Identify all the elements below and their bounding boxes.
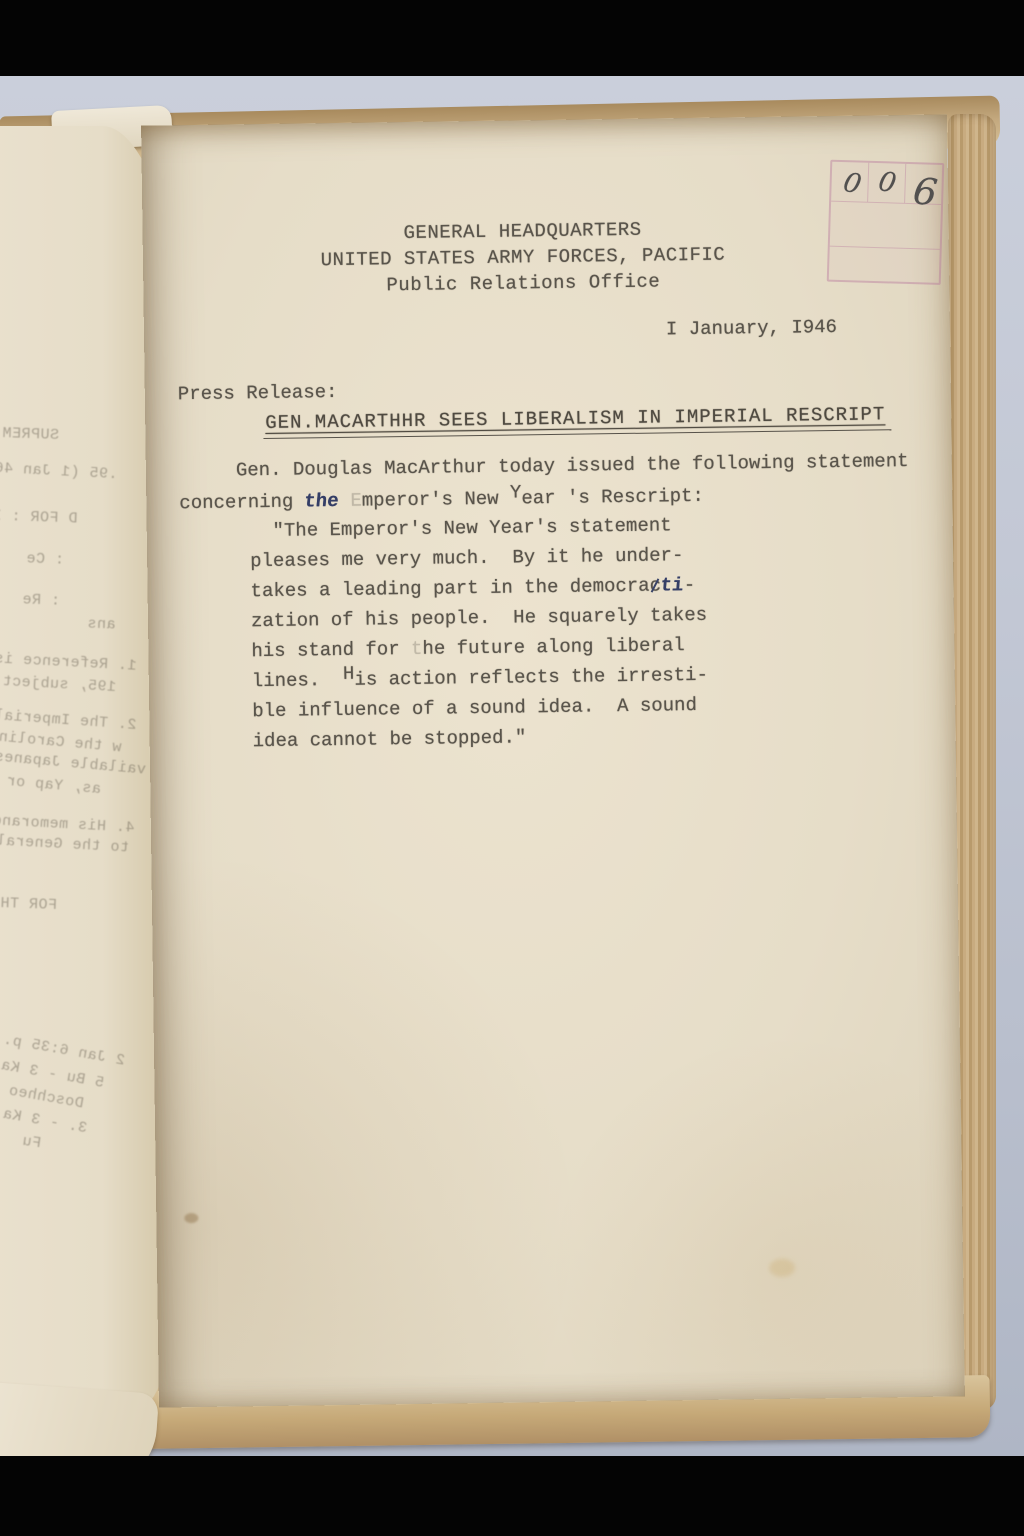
typed-text: zation of his people. He squarely takes — [251, 604, 707, 632]
handwritten-digit: 0 — [840, 167, 864, 201]
typed-text: pleases me very much. By it he under- — [250, 544, 684, 572]
typed-text: E — [350, 490, 362, 512]
typed-text: takes a leading part in the democra — [250, 575, 649, 603]
typed-text: t — [400, 638, 423, 660]
ghost-text-fragment: ans — [87, 616, 116, 634]
ghost-text-fragment: D FOR : I — [0, 508, 78, 528]
ghost-text-fragment: FOR TH — [0, 895, 57, 914]
press-release-page: 0 0 6 GENERAL HEADQUARTERS UNITED STATES… — [141, 114, 965, 1407]
stamp-cell: 0 — [868, 163, 906, 204]
paper-stain — [184, 1213, 198, 1223]
handwritten-correction: the — [303, 485, 340, 518]
ghost-text-fragment: 1. Reference is — [0, 650, 137, 674]
handwritten-correction: ti — [660, 570, 686, 600]
bottom-black-band — [0, 1456, 1024, 1536]
top-black-band — [0, 0, 1024, 76]
typed-text: - — [684, 574, 696, 596]
ghost-text-fragment: : Re — [22, 591, 61, 609]
letterhead: GENERAL HEADQUARTERS UNITED STATES ARMY … — [142, 213, 903, 302]
scanned-document-page: SUPREM.95 (1 Jan 46D FOR : I: Ce: Reans1… — [0, 0, 1024, 1536]
ghost-text-fragment: as, Yap or — [5, 773, 101, 798]
date-line: I January, I946 — [666, 316, 837, 340]
text-line: idea cannot be stopped." — [252, 720, 708, 756]
typed-text: mperor's New — [362, 488, 511, 512]
ghost-text-fragment: Fu — [21, 1133, 42, 1152]
press-release-label: Press Release: — [178, 381, 338, 405]
typed-text: concerning — [179, 490, 305, 514]
typed-text: ear 's Rescript: — [521, 485, 704, 510]
typed-text: is action reflects the irresti- — [354, 664, 708, 691]
typed-text: Y — [510, 481, 522, 503]
headline: GEN.MACARTHHR SEES LIBERALISM IN IMPERIA… — [263, 403, 891, 439]
handwritten-digit: 0 — [876, 166, 899, 200]
paper-stain — [769, 1259, 795, 1277]
ghost-text-fragment: SUPREM — [2, 425, 60, 444]
typed-text: lines. — [252, 669, 344, 692]
ghost-text-fragment: 195, subject — [2, 673, 117, 696]
typed-text: idea cannot be stopped." — [253, 726, 527, 752]
typed-text: "The Emperor's New Year's statement — [250, 514, 672, 542]
text-line: ble influence of a sound idea. A sound — [252, 690, 708, 726]
lead-paragraph: Gen. Douglas MacArthur today issued the … — [179, 445, 910, 519]
typed-text — [339, 490, 351, 512]
macarthur-quote-block: "The Emperor's New Year's statementpleas… — [250, 510, 709, 756]
stamp-digit-row: 0 0 6 — [831, 162, 942, 205]
typed-text: he future along liberal — [422, 634, 685, 660]
ghost-text-fragment: to the General — [0, 833, 129, 857]
stamp-cell: 6 — [905, 164, 942, 205]
ghost-text-fragment: .95 (1 Jan 46 — [0, 460, 118, 483]
stamp-cell: 0 — [831, 162, 869, 203]
typed-text: H — [343, 663, 355, 685]
ghost-text-fragment: : Ce — [26, 550, 65, 568]
typed-text: Gen. Douglas MacArthur today issued the … — [179, 450, 909, 482]
typed-text: ble influence of a sound idea. A sound — [252, 694, 697, 722]
typed-text: his stand for — [251, 638, 400, 662]
handwritten-digit: 6 — [911, 169, 940, 215]
